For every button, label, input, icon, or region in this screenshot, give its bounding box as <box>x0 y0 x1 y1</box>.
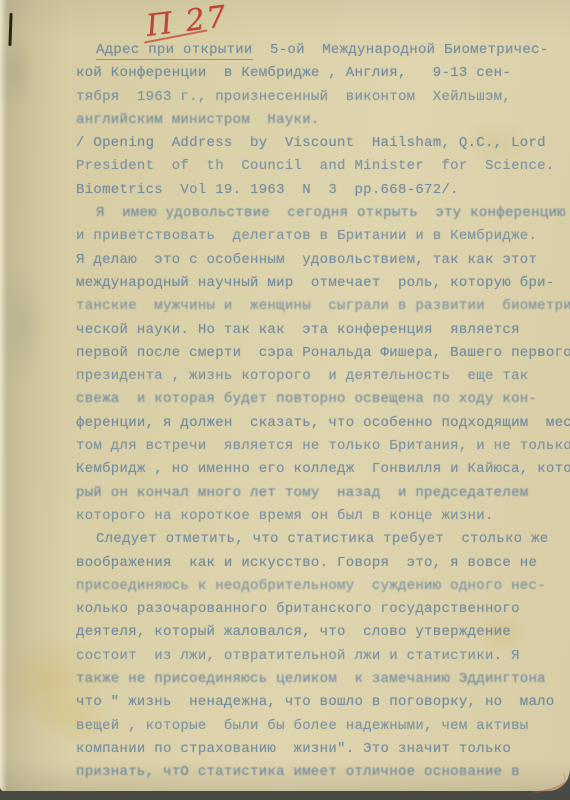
handwritten-page-mark: П 27 <box>144 0 230 44</box>
typed-line: ференции, я должен сказать, что особенно… <box>76 415 570 438</box>
typed-line: английским министром Науки. <box>76 112 570 135</box>
typed-line: также не присоединяюсь целиком к замечан… <box>76 671 570 694</box>
typed-line: признать, чтО статистика имеет отличное … <box>76 764 570 787</box>
handwritten-page-mark-text: П 27 <box>144 0 230 44</box>
typed-line: состоит из лжи, отвратительной лжи и ста… <box>76 648 570 671</box>
typed-line: воображения как и искусство. Говоря это,… <box>76 555 570 578</box>
typed-line: Biometrics Vol 19. 1963 N 3 pp.668-672/. <box>76 182 570 205</box>
typed-line: рый он кончал много лет тому назад и пре… <box>76 485 570 508</box>
typed-line: и приветствовать делегатов в Британии и … <box>76 228 570 251</box>
typed-line: компании по страхованию жизни". Это знач… <box>76 741 570 764</box>
typed-line: колько разочарованного британского госуд… <box>76 601 570 624</box>
typed-line: Я имею удовольствие сегодня открыть эту … <box>76 205 570 228</box>
typed-text-block: Адрес при открытии 5-ой Международной Би… <box>76 42 570 788</box>
heading-underlined-phrase: Адрес при открытии <box>96 42 253 60</box>
typed-line: деятеля, который жаловался, что слово ут… <box>76 624 570 647</box>
pen-stroke-mark <box>8 13 12 46</box>
typed-line: танские мужчины и женщины сыграли в разв… <box>76 298 570 321</box>
typed-line: свежа и которая будет повторно освещена … <box>76 391 570 414</box>
typed-line: президента , жизнь которого и деятельнос… <box>76 368 570 391</box>
typed-line: международный научный мир отмечает роль,… <box>76 275 570 298</box>
typed-line: что " жизнь ненадежна, что вошло в погов… <box>76 694 570 717</box>
typed-line: Следует отметить, что статистика требует… <box>76 531 570 554</box>
typed-line: присоединяюсь к неодобрительному суждени… <box>76 578 570 601</box>
typed-line: / Opening Address by Viscount Hailsham, … <box>76 135 570 158</box>
typed-line: President of th Council and Minister for… <box>76 158 570 181</box>
typed-line: которого на короткое время он был в конц… <box>76 508 570 531</box>
typed-line: тября 1963 г., произнесенный виконтом Хе… <box>76 89 570 112</box>
typed-line: вещей , которые были бы более надежными,… <box>76 718 570 741</box>
typed-line: ческой науки. Но так как эта конференция… <box>76 322 570 345</box>
document-heading: Адрес при открытии 5-ой Международной Би… <box>76 42 570 65</box>
typed-line: первой после смерти сэра Рональда Фишера… <box>76 345 570 368</box>
typed-line: том для встречи является не только Брита… <box>76 438 570 461</box>
scanned-paper-sheet: П 27 Адрес при открытии 5-ой Международн… <box>0 0 570 791</box>
typed-line: Кембридж , но именно его колледж Гонвилл… <box>76 461 570 484</box>
typed-line: Я делаю это с особенным удовольствием, т… <box>76 252 570 275</box>
typed-line: кой Конференции в Кембридже , Англия, 9-… <box>76 65 570 88</box>
heading-rest: 5-ой Международной Биометричес- <box>253 42 549 58</box>
